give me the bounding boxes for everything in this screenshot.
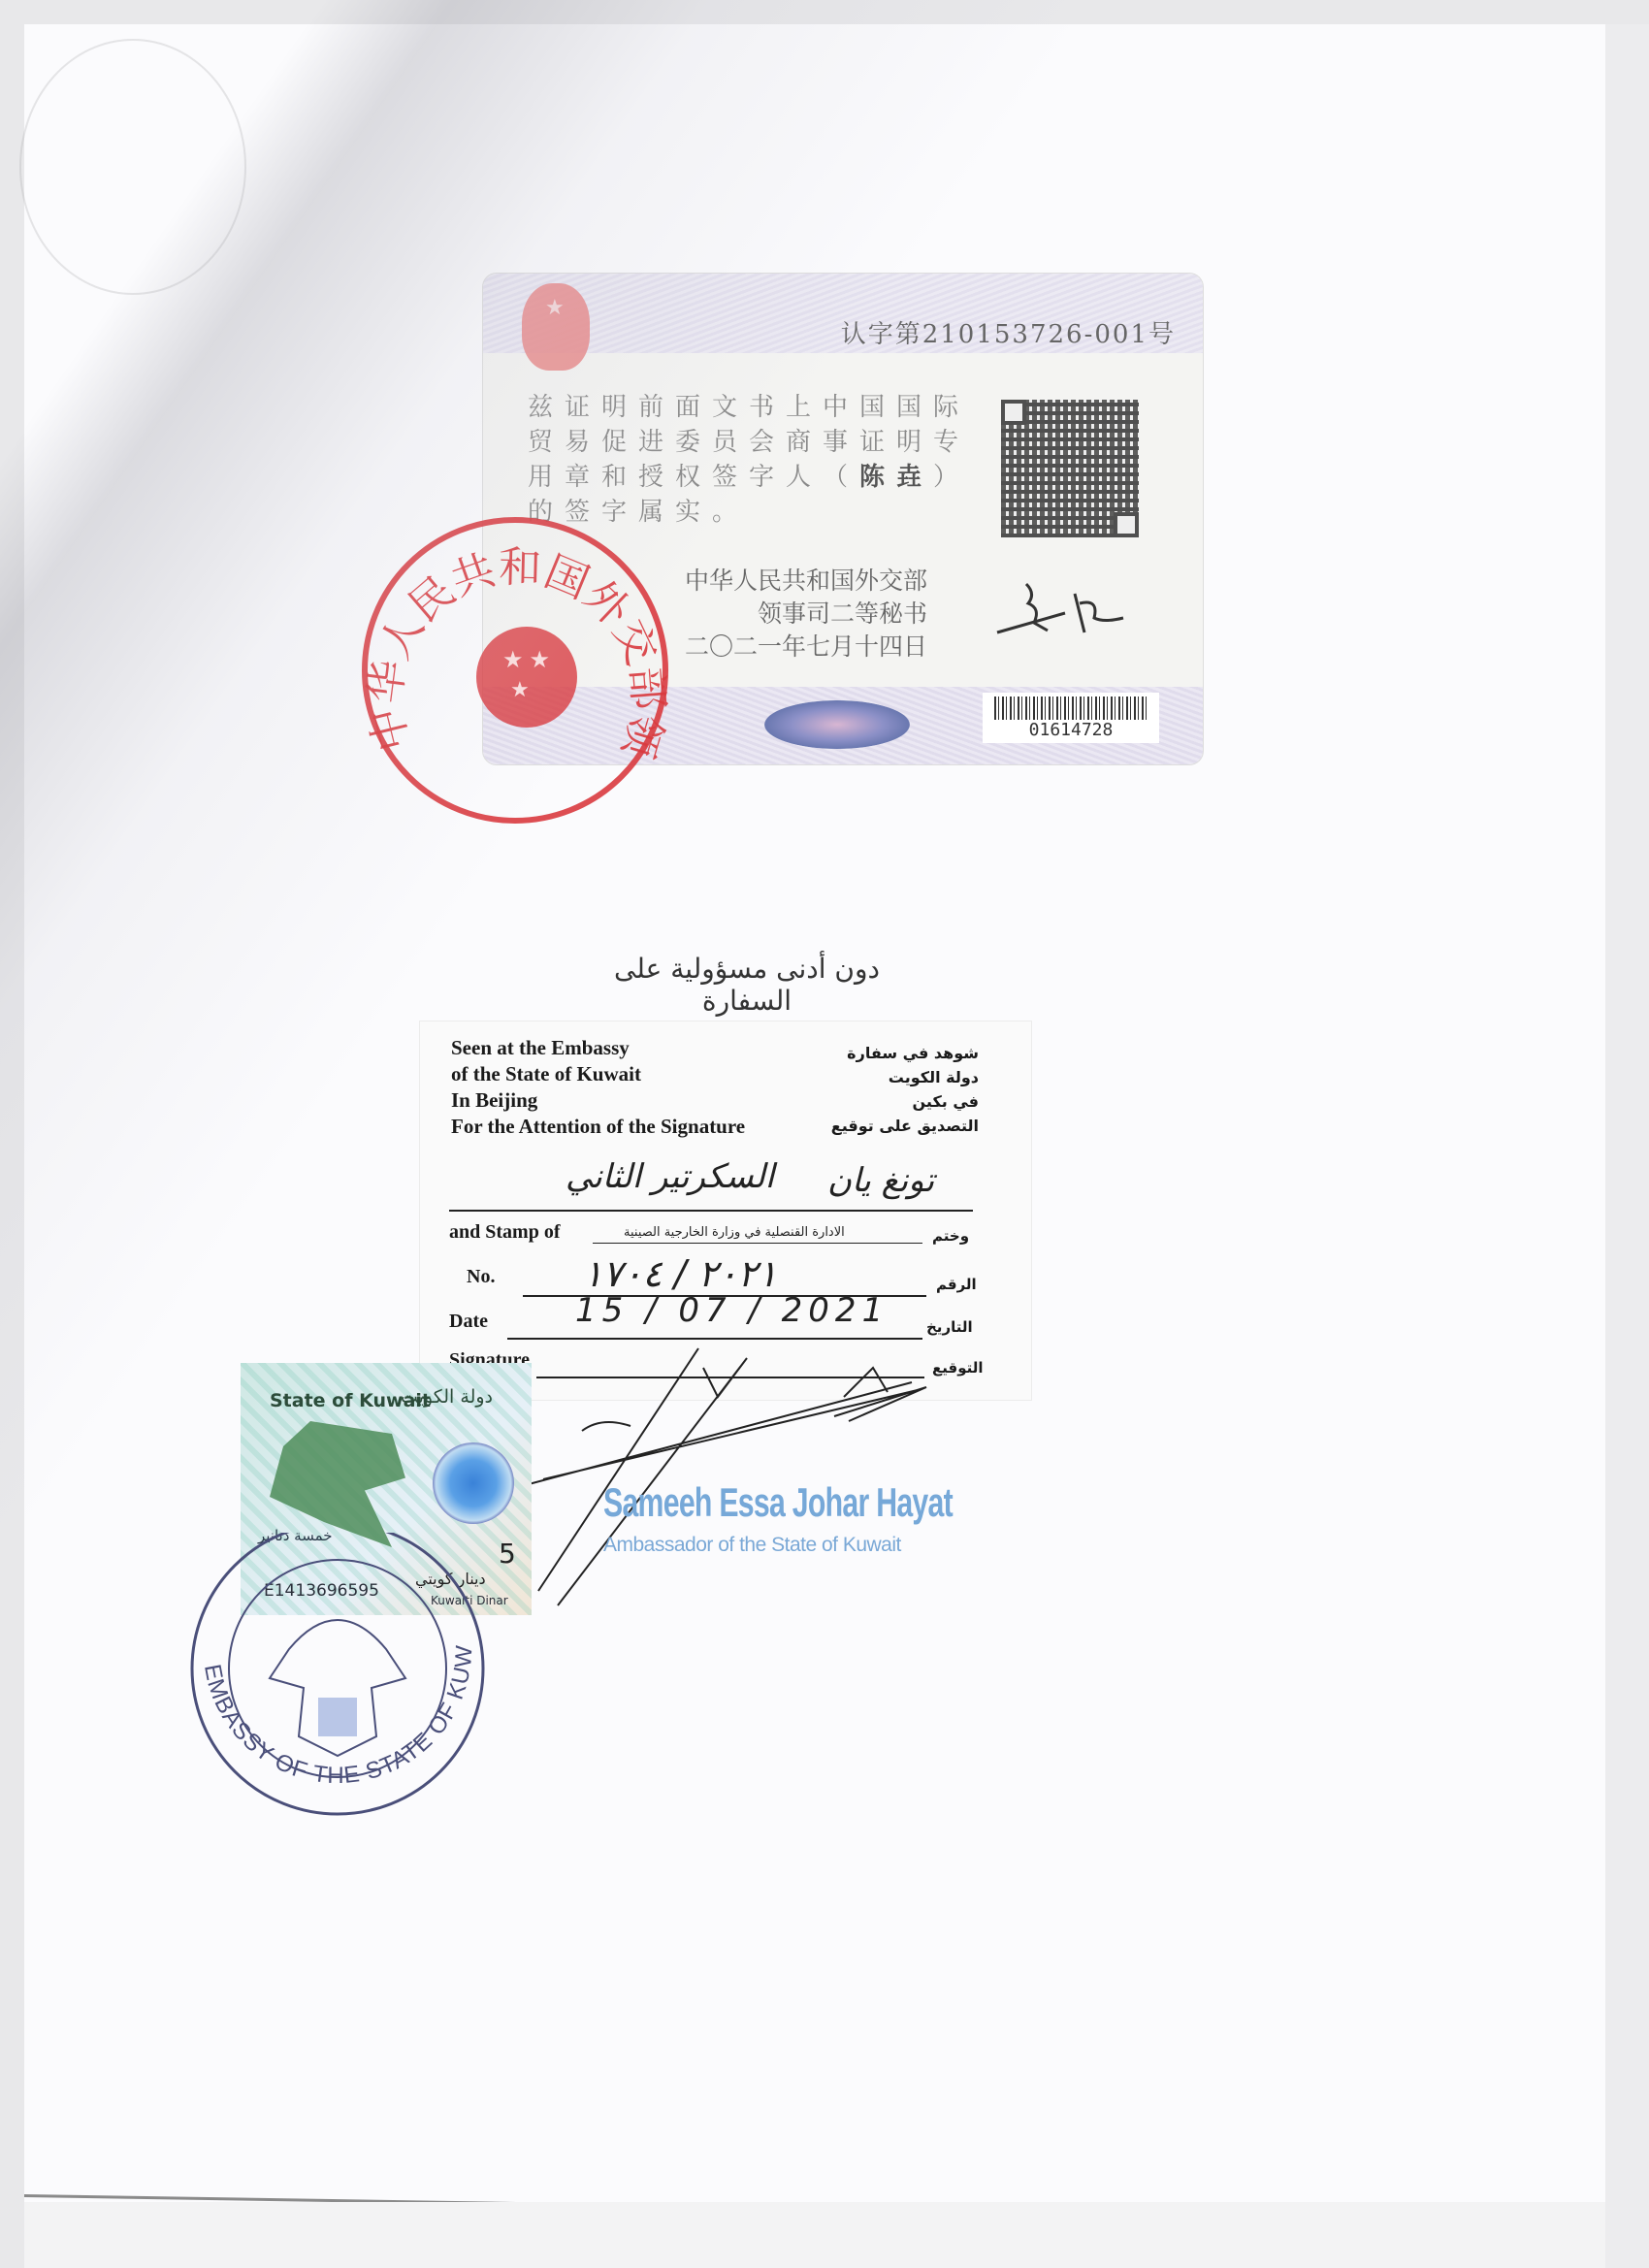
attestation-english: Seen at the Embassy of the State of Kuwa… <box>451 1035 745 1140</box>
red-official-seal: 中华人民共和国外交部领事司 ★ ★ ★ <box>357 512 673 828</box>
no-label-ar: الرقم <box>936 1276 977 1293</box>
stamp-of-label-ar: وختم <box>932 1227 969 1245</box>
handwritten-name: تونغ يان <box>827 1161 934 1200</box>
barcode-label: 01614728 <box>983 693 1159 743</box>
certificate-number: 认字第210153726-001号 <box>841 314 1176 350</box>
no-label: No. <box>467 1266 495 1288</box>
national-emblem-icon <box>522 283 590 371</box>
svg-text:EMBASSY OF THE STATE OF KUWAIT: EMBASSY OF THE STATE OF KUWAIT BEIJING <box>182 1533 477 1789</box>
rule-line <box>449 1210 973 1212</box>
date-label-ar: التاريخ <box>926 1318 973 1336</box>
barcode-icon <box>994 697 1148 720</box>
stamp-of-label: and Stamp of <box>449 1221 560 1244</box>
date-label: Date <box>449 1311 488 1333</box>
stamp-amount: 5 <box>499 1538 516 1570</box>
barcode-number: 01614728 <box>983 720 1159 740</box>
ambassador-title: Ambassador of the State of Kuwait <box>603 1534 901 1557</box>
stamp-of-value: الادارة القنصلية في وزارة الخارجية الصين… <box>624 1225 845 1240</box>
reference-number: ٢٠٢١ / ١٧٠٤ <box>583 1252 777 1295</box>
stamp-title-ar: دولة الكويت <box>401 1386 493 1408</box>
svg-text:★ ★: ★ ★ <box>502 648 550 673</box>
handwritten-title: السكرتير الثاني <box>566 1157 774 1196</box>
qr-code-icon <box>1001 400 1139 537</box>
embassy-seal-text: EMBASSY OF THE STATE OF KUWAIT BEIJING <box>182 1533 477 1789</box>
signatory-name: 陈垚 <box>859 463 933 492</box>
faint-stamp-impression <box>19 39 246 295</box>
svg-text:★: ★ <box>510 677 530 701</box>
ambassador-name: Sameeh Essa Johar Hayat <box>603 1479 953 1526</box>
handwritten-signature-icon <box>987 565 1143 642</box>
embassy-round-seal: EMBASSY OF THE STATE OF KUWAIT BEIJING <box>182 1533 493 1824</box>
security-hologram-icon <box>764 700 910 749</box>
attestation-arabic: شوهد في سفارة دولة الكويت في بكين التصدي… <box>831 1041 979 1138</box>
kuwait-emblem-icon <box>433 1442 514 1524</box>
certificate-body: 兹证明前面文书上中国国际贸易促进委员会商事证明专用章和授权签字人（陈垚）的签字属… <box>528 390 974 530</box>
page-edge-right <box>1605 24 1649 2268</box>
embassy-disclaimer: دون أدنى مسؤولية على السفارة <box>572 953 921 1017</box>
rule-line <box>593 1243 922 1244</box>
attestation-date: 15 / 07 / 2021 <box>575 1291 889 1330</box>
scanner-bed-strip <box>24 2202 1605 2268</box>
